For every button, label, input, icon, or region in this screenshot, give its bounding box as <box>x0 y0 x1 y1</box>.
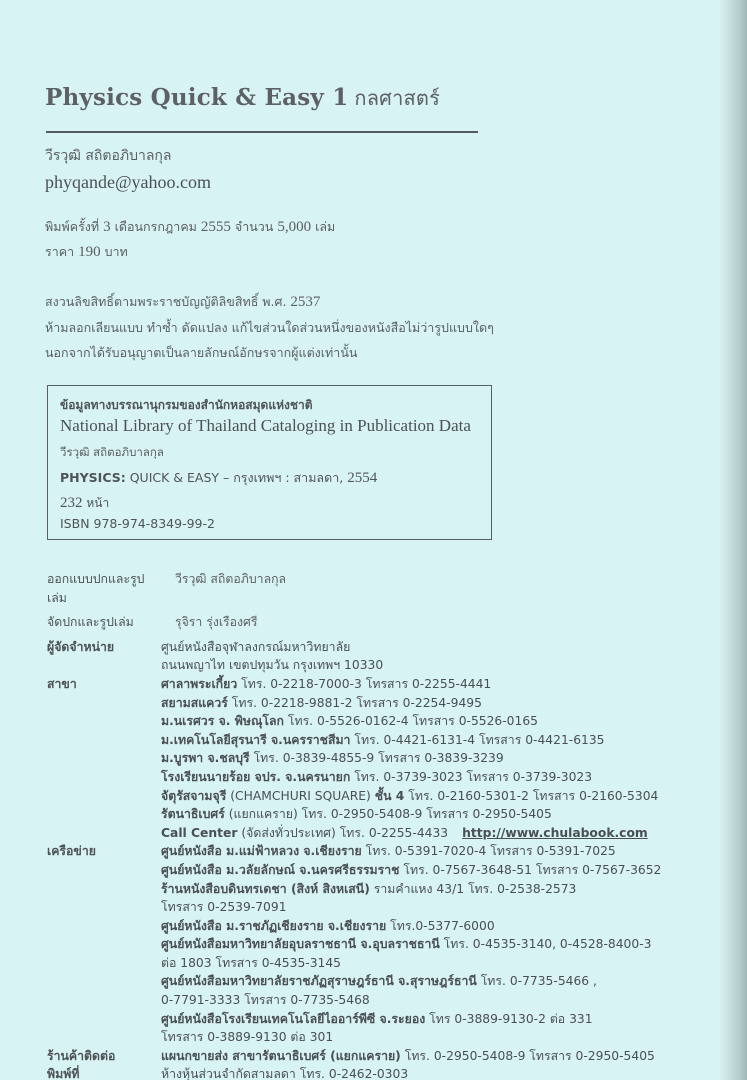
branch-contact: โทร. 0-2218-9881-2 โทรสาร 0-2254-9495 <box>228 696 482 710</box>
branch-contact: โทร. 0-2218-7000-3 โทรสาร 0-2255-4441 <box>237 677 491 691</box>
branch-contact: โทร. 0-5526-0162-4 โทรสาร 0-5526-0165 <box>284 714 538 728</box>
credit-value: รุจิรา รุ่งเรืองศรี <box>175 615 257 629</box>
network-label-empty <box>47 991 161 1010</box>
network-label <box>47 917 161 936</box>
network-row-cont: โทรสาร 0-3889-9130 ต่อ 301 <box>47 1028 737 1047</box>
branch-entry: โรงเรียนนายร้อย จปร. จ.นครนายก โทร. 0-37… <box>161 768 737 787</box>
branch-row: สยามสแควร์ โทร. 0-2218-9881-2 โทรสาร 0-2… <box>47 694 737 713</box>
printer-value: ห้างหุ้นส่วนจำกัดสามลดา โทร. 0-2462-0303 <box>161 1065 737 1080</box>
network-entry: ศูนย์หนังสือมหาวิทยาลัยอุบลราชธานี จ.อุบ… <box>161 935 737 954</box>
network-entry: ศูนย์หนังสือโรงเรียนเทคโนโลยีไออาร์พีซี … <box>161 1010 737 1029</box>
wholesale-info: โทร. 0-2950-5408-9 โทรสาร 0-2950-5405 <box>401 1049 655 1063</box>
credit-wholesale: ร้านค้าติดต่อ แผนกขายส่ง สาขารัตนาธิเบศร… <box>47 1047 737 1066</box>
copyright-line-2: ห้ามลอกเลียนแบบ ทำซ้ำ ดัดแปลง แก้ไขส่วนใ… <box>45 318 494 338</box>
network-contact: โทร 0-3889-9130-2 ต่อ 331 <box>425 1012 592 1026</box>
edition-month: เดือนกรกฎาคม <box>115 219 197 234</box>
cip-year: 2554 <box>347 470 377 486</box>
copyright-line-1: สงวนลิขสิทธิ์ตามพระราชบัญญัติลิขสิทธิ์ พ… <box>45 292 320 312</box>
branch-contact: โทร. 0-2160-5301-2 โทรสาร 0-2160-5304 <box>404 789 658 803</box>
branch-label <box>47 805 161 824</box>
branch-entry: ศาลาพระเกี้ยว โทร. 0-2218-7000-3 โทรสาร … <box>161 675 737 694</box>
network-label-empty <box>47 898 161 917</box>
network-label <box>47 880 161 899</box>
network-row-cont: 0-7791-3333 โทรสาร 0-7735-5468 <box>47 991 737 1010</box>
network-label-empty <box>47 1028 161 1047</box>
edition-number: 3 <box>103 219 111 235</box>
price-label: ราคา <box>45 244 74 259</box>
network-row: ศูนย์หนังสือมหาวิทยาลัยอุบลราชธานี จ.อุบ… <box>47 935 737 954</box>
branch-row: ม.นเรศวร จ. พิษณุโลก โทร. 0-5526-0162-4 … <box>47 712 737 731</box>
branch-label <box>47 787 161 806</box>
branch-entry: Call Center (จัดส่งทั่วประเทศ) โทร. 0-22… <box>161 824 737 843</box>
branch-label <box>47 824 161 843</box>
branch-name: รัตนาธิเบศร์ <box>161 807 225 821</box>
network-name: ศูนย์หนังสือมหาวิทยาลัยราชภัฏสุราษฎร์ธาน… <box>161 974 477 988</box>
network-contact-cont: โทรสาร 0-3889-9130 ต่อ 301 <box>161 1028 737 1047</box>
network-entry: ศูนย์หนังสือมหาวิทยาลัยราชภัฏสุราษฎร์ธาน… <box>161 972 737 991</box>
network-contact-cont: โทรสาร 0-2539-7091 <box>161 898 737 917</box>
price-info: ราคา 190 บาท <box>45 242 128 262</box>
network-name: ศูนย์หนังสือ ม.แม่ฟ้าหลวง จ.เชียงราย <box>161 844 362 858</box>
branch-name: Call Center <box>161 826 237 840</box>
branch-row: โรงเรียนนายร้อย จปร. จ.นครนายก โทร. 0-37… <box>47 768 737 787</box>
network-row: ศูนย์หนังสือ ม.ราชภัฏเชียงราย จ.เชียงราย… <box>47 917 737 936</box>
network-contact-cont: 0-7791-3333 โทรสาร 0-7735-5468 <box>161 991 737 1010</box>
network-row: ศูนย์หนังสือมหาวิทยาลัยราชภัฏสุราษฎร์ธาน… <box>47 972 737 991</box>
branch-entry: ม.นเรศวร จ. พิษณุโลก โทร. 0-5526-0162-4 … <box>161 712 737 731</box>
branch-label <box>47 731 161 750</box>
book-title: Physics Quick & Easy 1กลศาสตร์ <box>45 82 440 114</box>
credit-distributor: ผู้จัดจำหน่าย ศูนย์หนังสือจุฬาลงกรณ์มหาว… <box>47 638 737 657</box>
cip-pages-num: 232 <box>60 495 83 511</box>
credit-label: ออกแบบปกและรูปเล่ม <box>47 570 161 607</box>
branch-entry: รัตนาธิเบศร์ (แยกแคราย) โทร. 0-2950-5408… <box>161 805 737 824</box>
credit-label: พิมพ์ที่ <box>47 1065 161 1080</box>
copyright-year: 2537 <box>290 294 320 310</box>
distributor-address-row: ถนนพญาไท เขตปทุมวัน กรุงเทพฯ 10330 <box>47 656 737 675</box>
branch-name: ม.บูรพา จ.ชลบุรี <box>161 751 250 765</box>
price-unit: บาท <box>105 244 128 259</box>
title-divider <box>46 131 478 133</box>
network-contact: โทร. 0-7735-5466 , <box>477 974 597 988</box>
author-email: phyqande@yahoo.com <box>45 172 211 193</box>
edition-qty-label: จำนวน <box>235 219 273 234</box>
network-entry: ร้านหนังสือบดินทรเดชา (สิงห์ สิงหเสนี) ร… <box>161 880 737 899</box>
branch-name: ม.นเรศวร จ. พิษณุโลก <box>161 714 284 728</box>
credit-layout: จัดปกและรูปเล่ม รุจิรา รุ่งเรืองศรี <box>47 613 737 632</box>
network-row-cont: โทรสาร 0-2539-7091 <box>47 898 737 917</box>
branch-contact: โทร. 0-4421-6131-4 โทรสาร 0-4421-6135 <box>350 733 604 747</box>
branch-contact: (จัดส่งทั่วประเทศ) โทร. 0-2255-4433 <box>237 826 448 840</box>
network-row: ร้านหนังสือบดินทรเดชา (สิงห์ สิงหเสนี) ร… <box>47 880 737 899</box>
branch-label <box>47 712 161 731</box>
credit-label: ร้านค้าติดต่อ <box>47 1047 161 1066</box>
branch-name: ม.เทคโนโลยีสุรนารี จ.นครราชสีมา <box>161 733 350 747</box>
network-row: เครือข่ายศูนย์หนังสือ ม.แม่ฟ้าหลวง จ.เชี… <box>47 842 737 861</box>
cip-data-box: ข้อมูลทางบรรณานุกรมของสำนักหอสมุดแห่งชาต… <box>47 385 492 540</box>
network-label <box>47 935 161 954</box>
network-name: ศูนย์หนังสือ ม.ราชภัฏเชียงราย จ.เชียงราย <box>161 919 386 933</box>
branch-entry: สยามสแควร์ โทร. 0-2218-9881-2 โทรสาร 0-2… <box>161 694 737 713</box>
network-entry: ศูนย์หนังสือ ม.แม่ฟ้าหลวง จ.เชียงราย โทร… <box>161 842 737 861</box>
branch-row: จัตุรัสจามจุรี (CHAMCHURI SQUARE) ชั้น 4… <box>47 787 737 806</box>
network-name: ร้านหนังสือบดินทรเดชา (สิงห์ สิงหเสนี) <box>161 882 370 896</box>
network-row: ศูนย์หนังสือโรงเรียนเทคโนโลยีไออาร์พีซี … <box>47 1010 737 1029</box>
network-contact: โทร. 0-4535-3140, 0-4528-8400-3 <box>440 937 652 951</box>
price-value: 190 <box>78 244 101 260</box>
branch-name: โรงเรียนนายร้อย จปร. จ.นครนายก <box>161 770 350 784</box>
branch-extra: (CHAMCHURI SQUARE) <box>226 789 374 803</box>
network-name: ศูนย์หนังสือมหาวิทยาลัยอุบลราชธานี จ.อุบ… <box>161 937 440 951</box>
network-contact: รามคำแหง 43/1 โทร. 0-2538-2573 <box>370 882 577 896</box>
book-title-th: กลศาสตร์ <box>354 86 440 110</box>
branch-name: ศาลาพระเกี้ยว <box>161 677 237 691</box>
credit-printer: พิมพ์ที่ ห้างหุ้นส่วนจำกัดสามลดา โทร. 0-… <box>47 1065 737 1080</box>
edition-qty: 5,000 <box>277 219 311 235</box>
edition-info: พิมพ์ครั้งที่ 3 เดือนกรกฎาคม 2555 จำนวน … <box>45 217 335 237</box>
network-label <box>47 972 161 991</box>
book-title-en: Physics Quick & Easy 1 <box>45 84 348 111</box>
network-entry: ศูนย์หนังสือ ม.วลัยลักษณ์ จ.นครศรีธรรมรา… <box>161 861 737 880</box>
author-name: วีรวุฒิ สถิตอภิบาลกุล <box>45 145 171 167</box>
cip-author: วีรวุฒิ สถิตอภิบาลกุล <box>60 444 164 462</box>
branch-label <box>47 749 161 768</box>
copyright-line-3: นอกจากได้รับอนุญาตเป็นลายลักษณ์อักษรจากผ… <box>45 343 357 363</box>
network-label-empty <box>47 954 161 973</box>
network-contact: โทร. 0-5391-7020-4 โทรสาร 0-5391-7025 <box>362 844 616 858</box>
branch-row: รัตนาธิเบศร์ (แยกแคราย) โทร. 0-2950-5408… <box>47 805 737 824</box>
cip-heading-en: National Library of Thailand Cataloging … <box>60 416 471 436</box>
branch-name: สยามสแควร์ <box>161 696 228 710</box>
branch-contact: โทร. 0-3839-4855-9 โทรสาร 0-3839-3239 <box>250 751 504 765</box>
cip-pages-unit: หน้า <box>86 496 109 510</box>
edition-prefix: พิมพ์ครั้งที่ <box>45 219 99 234</box>
network-row-cont: ต่อ 1803 โทรสาร 0-4535-3145 <box>47 954 737 973</box>
network-label <box>47 1010 161 1029</box>
branch-row: ม.เทคโนโลยีสุรนารี จ.นครราชสีมา โทร. 0-4… <box>47 731 737 750</box>
website-link[interactable]: http://www.chulabook.com <box>462 826 648 840</box>
distributor-address: ถนนพญาไท เขตปทุมวัน กรุงเทพฯ 10330 <box>161 656 737 675</box>
network-row: ศูนย์หนังสือ ม.วลัยลักษณ์ จ.นครศรีธรรมรา… <box>47 861 737 880</box>
cip-title-bold: PHYSICS: <box>60 470 126 485</box>
network-label <box>47 861 161 880</box>
credit-cover-design: ออกแบบปกและรูปเล่ม วีรวุฒิ สถิตอภิบาลกุล <box>47 570 737 607</box>
copyright-text: สงวนลิขสิทธิ์ตามพระราชบัญญัติลิขสิทธิ์ พ… <box>45 294 286 309</box>
credit-label: ผู้จัดจำหน่าย <box>47 638 161 657</box>
cip-pages: 232 หน้า <box>60 494 109 513</box>
credit-value: วีรวุฒิ สถิตอภิบาลกุล <box>175 572 286 586</box>
branch-contact: (แยกแคราย) โทร. 0-2950-5408-9 โทรสาร 0-2… <box>225 807 552 821</box>
network-entry: ศูนย์หนังสือ ม.ราชภัฏเชียงราย จ.เชียงราย… <box>161 917 737 936</box>
branch-entry: ม.บูรพา จ.ชลบุรี โทร. 0-3839-4855-9 โทรส… <box>161 749 737 768</box>
credits-section: ออกแบบปกและรูปเล่ม วีรวุฒิ สถิตอภิบาลกุล… <box>47 570 737 1080</box>
network-name: ศูนย์หนังสือ ม.วลัยลักษณ์ จ.นครศรีธรรมรา… <box>161 863 400 877</box>
network-contact-cont: ต่อ 1803 โทรสาร 0-4535-3145 <box>161 954 737 973</box>
network-name: ศูนย์หนังสือโรงเรียนเทคโนโลยีไออาร์พีซี … <box>161 1012 425 1026</box>
branch-row: ม.บูรพา จ.ชลบุรี โทร. 0-3839-4855-9 โทรส… <box>47 749 737 768</box>
branch-contact: โทร. 0-3739-3023 โทรสาร 0-3739-3023 <box>350 770 592 784</box>
branch-name: จัตุรัสจามจุรี <box>161 789 226 803</box>
branch-floor: ชั้น 4 <box>375 789 405 803</box>
edition-unit: เล่ม <box>315 219 335 234</box>
distributor-name: ศูนย์หนังสือจุฬาลงกรณ์มหาวิทยาลัย <box>161 638 737 657</box>
edition-year: 2555 <box>201 219 231 235</box>
cip-title: PHYSICS: QUICK & EASY – กรุงเทพฯ : สามลด… <box>60 468 377 488</box>
network-contact: โทร.0-5377-6000 <box>386 919 494 933</box>
branch-entry: จัตุรัสจามจุรี (CHAMCHURI SQUARE) ชั้น 4… <box>161 787 737 806</box>
branch-row: Call Center (จัดส่งทั่วประเทศ) โทร. 0-22… <box>47 824 737 843</box>
cip-isbn: ISBN 978-974-8349-99-2 <box>60 516 215 531</box>
branch-label <box>47 694 161 713</box>
network-contact: โทร. 0-7567-3648-51 โทรสาร 0-7567-3652 <box>400 863 662 877</box>
cip-title-rest: QUICK & EASY – กรุงเทพฯ : สามลดา, <box>126 470 347 485</box>
branch-label <box>47 768 161 787</box>
branch-entry: ม.เทคโนโลยีสุรนารี จ.นครราชสีมา โทร. 0-4… <box>161 731 737 750</box>
branch-row: สาขาศาลาพระเกี้ยว โทร. 0-2218-7000-3 โทร… <box>47 675 737 694</box>
credit-label: จัดปกและรูปเล่ม <box>47 613 161 632</box>
network-label: เครือข่าย <box>47 842 161 861</box>
branch-label: สาขา <box>47 675 161 694</box>
wholesale-name: แผนกขายส่ง สาขารัตนาธิเบศร์ (แยกแคราย) <box>161 1049 401 1063</box>
cip-heading-th: ข้อมูลทางบรรณานุกรมของสำนักหอสมุดแห่งชาต… <box>60 396 313 415</box>
